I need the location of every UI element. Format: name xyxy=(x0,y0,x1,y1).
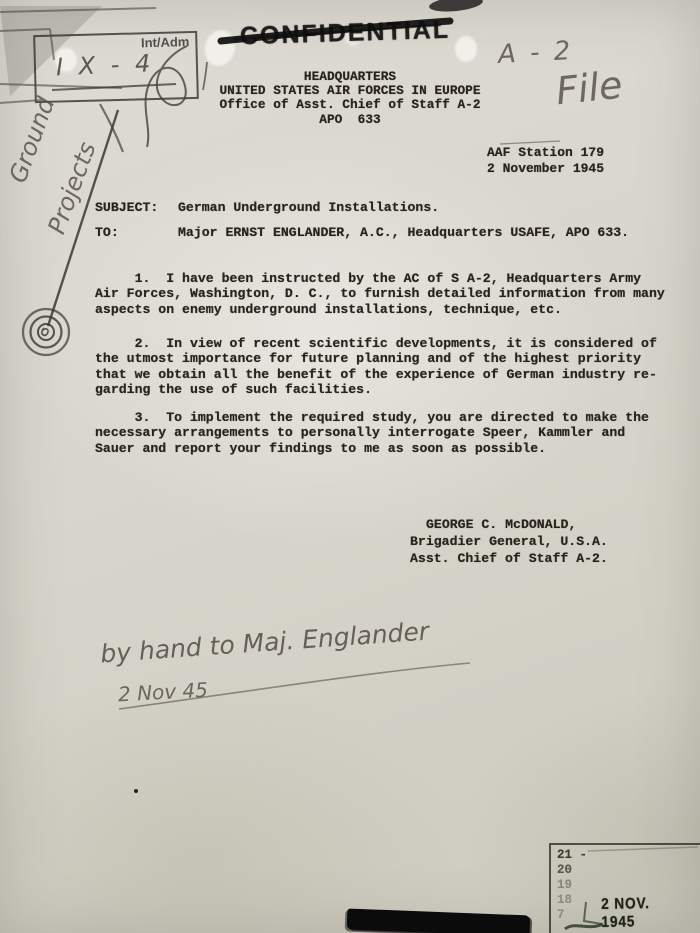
received-date-stamp: 2 NOV. 1945 xyxy=(601,894,689,932)
classification-stamp: CONFIDENTIAL xyxy=(231,15,460,51)
corner-note-a2: A - 2 xyxy=(497,36,574,70)
letterhead-line-2: UNITED STATES AIR FORCES IN EUROPE xyxy=(190,84,510,98)
redaction-bar xyxy=(347,908,531,933)
body-paragraph-2: 2. In view of recent scientific developm… xyxy=(95,336,685,398)
margin-note-ground: Ground xyxy=(4,93,61,186)
subject-text: German Underground Installations. xyxy=(178,200,439,215)
dateline-date: 2 November 1945 xyxy=(487,161,604,177)
letterhead-line-4: APO 633 xyxy=(190,113,510,127)
dateline-station: AAF Station 179 xyxy=(487,145,604,161)
body-paragraph-3: 3. To implement the required study, you … xyxy=(95,410,685,456)
ink-smudge xyxy=(428,0,483,14)
tally-number: 18 xyxy=(557,893,587,908)
signature-rank: Brigadier General, U.S.A. xyxy=(410,533,608,550)
paper-speck xyxy=(134,789,138,793)
document-photo: Int/Adm I X - 4 CONFIDENTIAL A - 2 File … xyxy=(0,0,700,933)
tally-column: 21 - 20 19 18 7 xyxy=(557,848,587,923)
tally-number: 19 xyxy=(557,878,587,893)
signature-title: Asst. Chief of Staff A-2. xyxy=(410,550,608,567)
to-label: TO: xyxy=(95,225,119,240)
margin-note-projects: Projects xyxy=(42,138,101,237)
routing-stamp-box: Int/Adm I X - 4 xyxy=(33,31,199,103)
letterhead: HEADQUARTERS UNITED STATES AIR FORCES IN… xyxy=(190,70,510,127)
tally-number: 20 xyxy=(557,863,587,878)
delivery-note-date: 2 Nov 45 xyxy=(117,678,208,707)
to-text: Major ERNST ENGLANDER, A.C., Headquarter… xyxy=(178,225,629,240)
handwritten-marks-overlay xyxy=(0,0,700,933)
dateline: AAF Station 179 2 November 1945 xyxy=(487,145,604,177)
signature-name: GEORGE C. McDONALD, xyxy=(426,516,576,533)
pencil-stroke-mark xyxy=(100,104,123,152)
letterhead-line-3: Office of Asst. Chief of Staff A-2 xyxy=(190,98,510,112)
tally-number: 7 xyxy=(557,908,587,923)
subject-label: SUBJECT: xyxy=(95,200,158,215)
corner-note-file: File xyxy=(554,63,625,114)
routing-number-note: I X - 4 xyxy=(55,49,154,81)
letterhead-line-1: HEADQUARTERS xyxy=(190,70,510,84)
tally-number: 21 - xyxy=(557,848,587,863)
dateline-pencil-mark xyxy=(500,141,560,144)
delivery-note-text: by hand to Maj. Englander xyxy=(99,617,430,669)
spiral-doodle xyxy=(23,309,69,355)
routing-office-label: Int/Adm xyxy=(141,34,190,50)
body-paragraph-1: 1. I have been instructed by the AC of S… xyxy=(95,271,685,317)
